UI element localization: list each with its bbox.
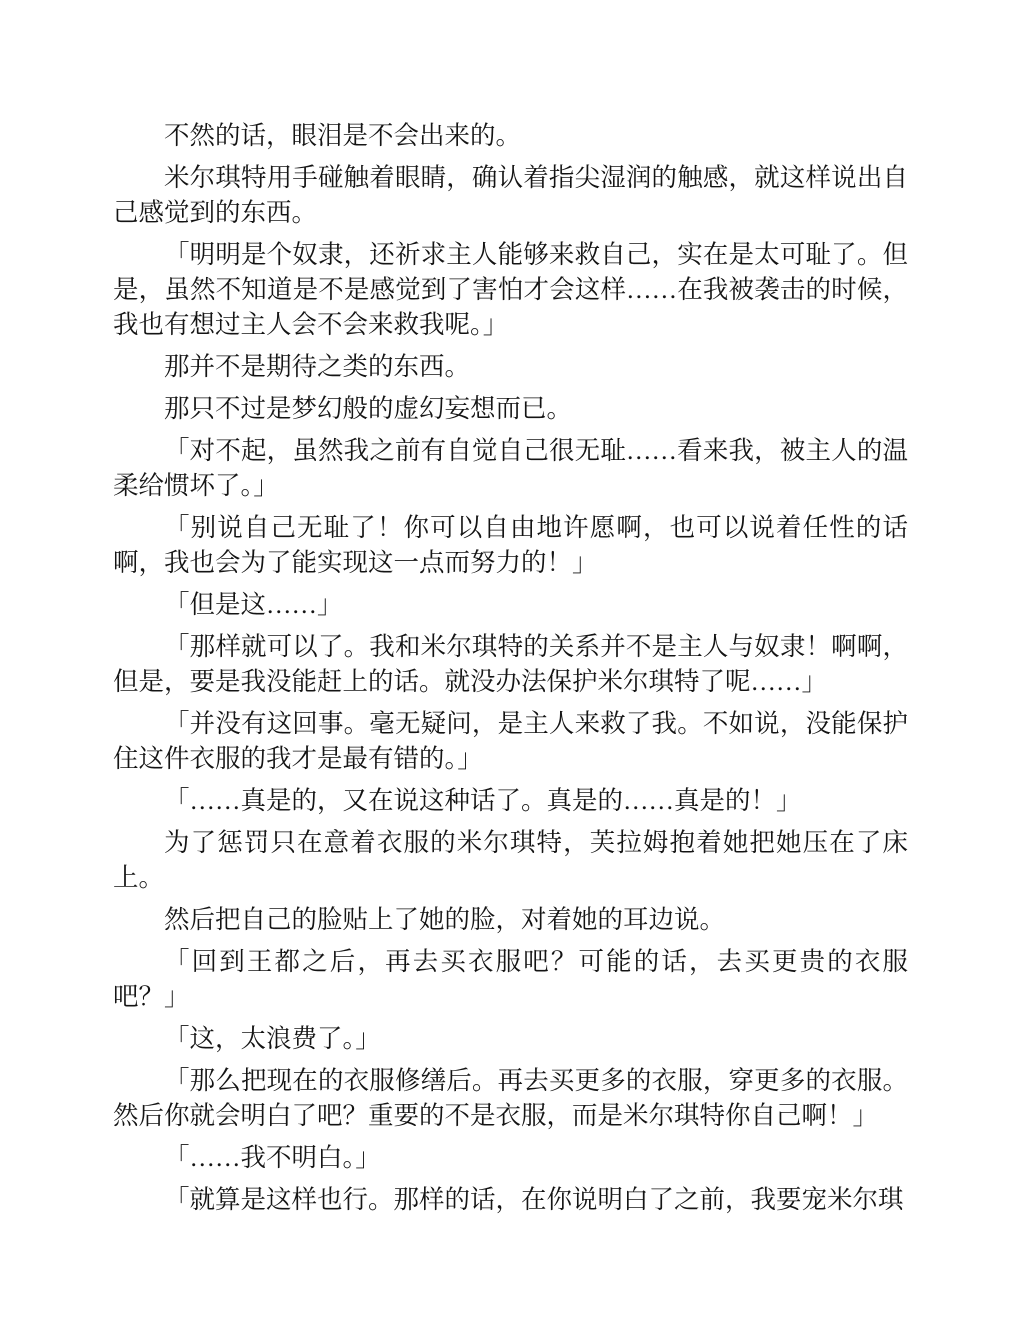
paragraph: 「明明是个奴隶，还祈求主人能够来救自己，实在是太可耻了。但是，虽然不知道是不是感… bbox=[113, 237, 908, 342]
document-page: 不然的话，眼泪是不会出来的。米尔琪特用手碰触着眼睛，确认着指尖湿润的触感，就这样… bbox=[0, 0, 1020, 1320]
paragraph: 那并不是期待之类的东西。 bbox=[113, 349, 908, 384]
paragraph: 「那么把现在的衣服修缮后。再去买更多的衣服，穿更多的衣服。然后你就会明白了吧？重… bbox=[113, 1063, 908, 1133]
paragraph: 「并没有这回事。毫无疑问，是主人来救了我。不如说，没能保护住这件衣服的我才是最有… bbox=[113, 706, 908, 776]
novel-text-body: 不然的话，眼泪是不会出来的。米尔琪特用手碰触着眼睛，确认着指尖湿润的触感，就这样… bbox=[113, 118, 908, 1224]
paragraph: 然后把自己的脸贴上了她的脸，对着她的耳边说。 bbox=[113, 902, 908, 937]
paragraph: 「但是这……」 bbox=[113, 587, 908, 622]
paragraph: 不然的话，眼泪是不会出来的。 bbox=[113, 118, 908, 153]
paragraph: 那只不过是梦幻般的虚幻妄想而已。 bbox=[113, 391, 908, 426]
paragraph: 「对不起，虽然我之前有自觉自己很无耻……看来我，被主人的温柔给惯坏了。」 bbox=[113, 433, 908, 503]
paragraph: 「就算是这样也行。那样的话，在你说明白了之前，我要宠米尔琪 bbox=[113, 1182, 908, 1217]
paragraph: 米尔琪特用手碰触着眼睛，确认着指尖湿润的触感，就这样说出自己感觉到的东西。 bbox=[113, 160, 908, 230]
paragraph: 「……真是的，又在说这种话了。真是的……真是的！」 bbox=[113, 783, 908, 818]
paragraph: 「那样就可以了。我和米尔琪特的关系并不是主人与奴隶！啊啊，但是，要是我没能赶上的… bbox=[113, 629, 908, 699]
paragraph: 为了惩罚只在意着衣服的米尔琪特，芙拉姆抱着她把她压在了床上。 bbox=[113, 825, 908, 895]
paragraph: 「……我不明白。」 bbox=[113, 1140, 908, 1175]
paragraph: 「这，太浪费了。」 bbox=[113, 1021, 908, 1056]
paragraph: 「回到王都之后，再去买衣服吧？可能的话，去买更贵的衣服吧？」 bbox=[113, 944, 908, 1014]
paragraph: 「别说自己无耻了！你可以自由地许愿啊，也可以说着任性的话啊，我也会为了能实现这一… bbox=[113, 510, 908, 580]
